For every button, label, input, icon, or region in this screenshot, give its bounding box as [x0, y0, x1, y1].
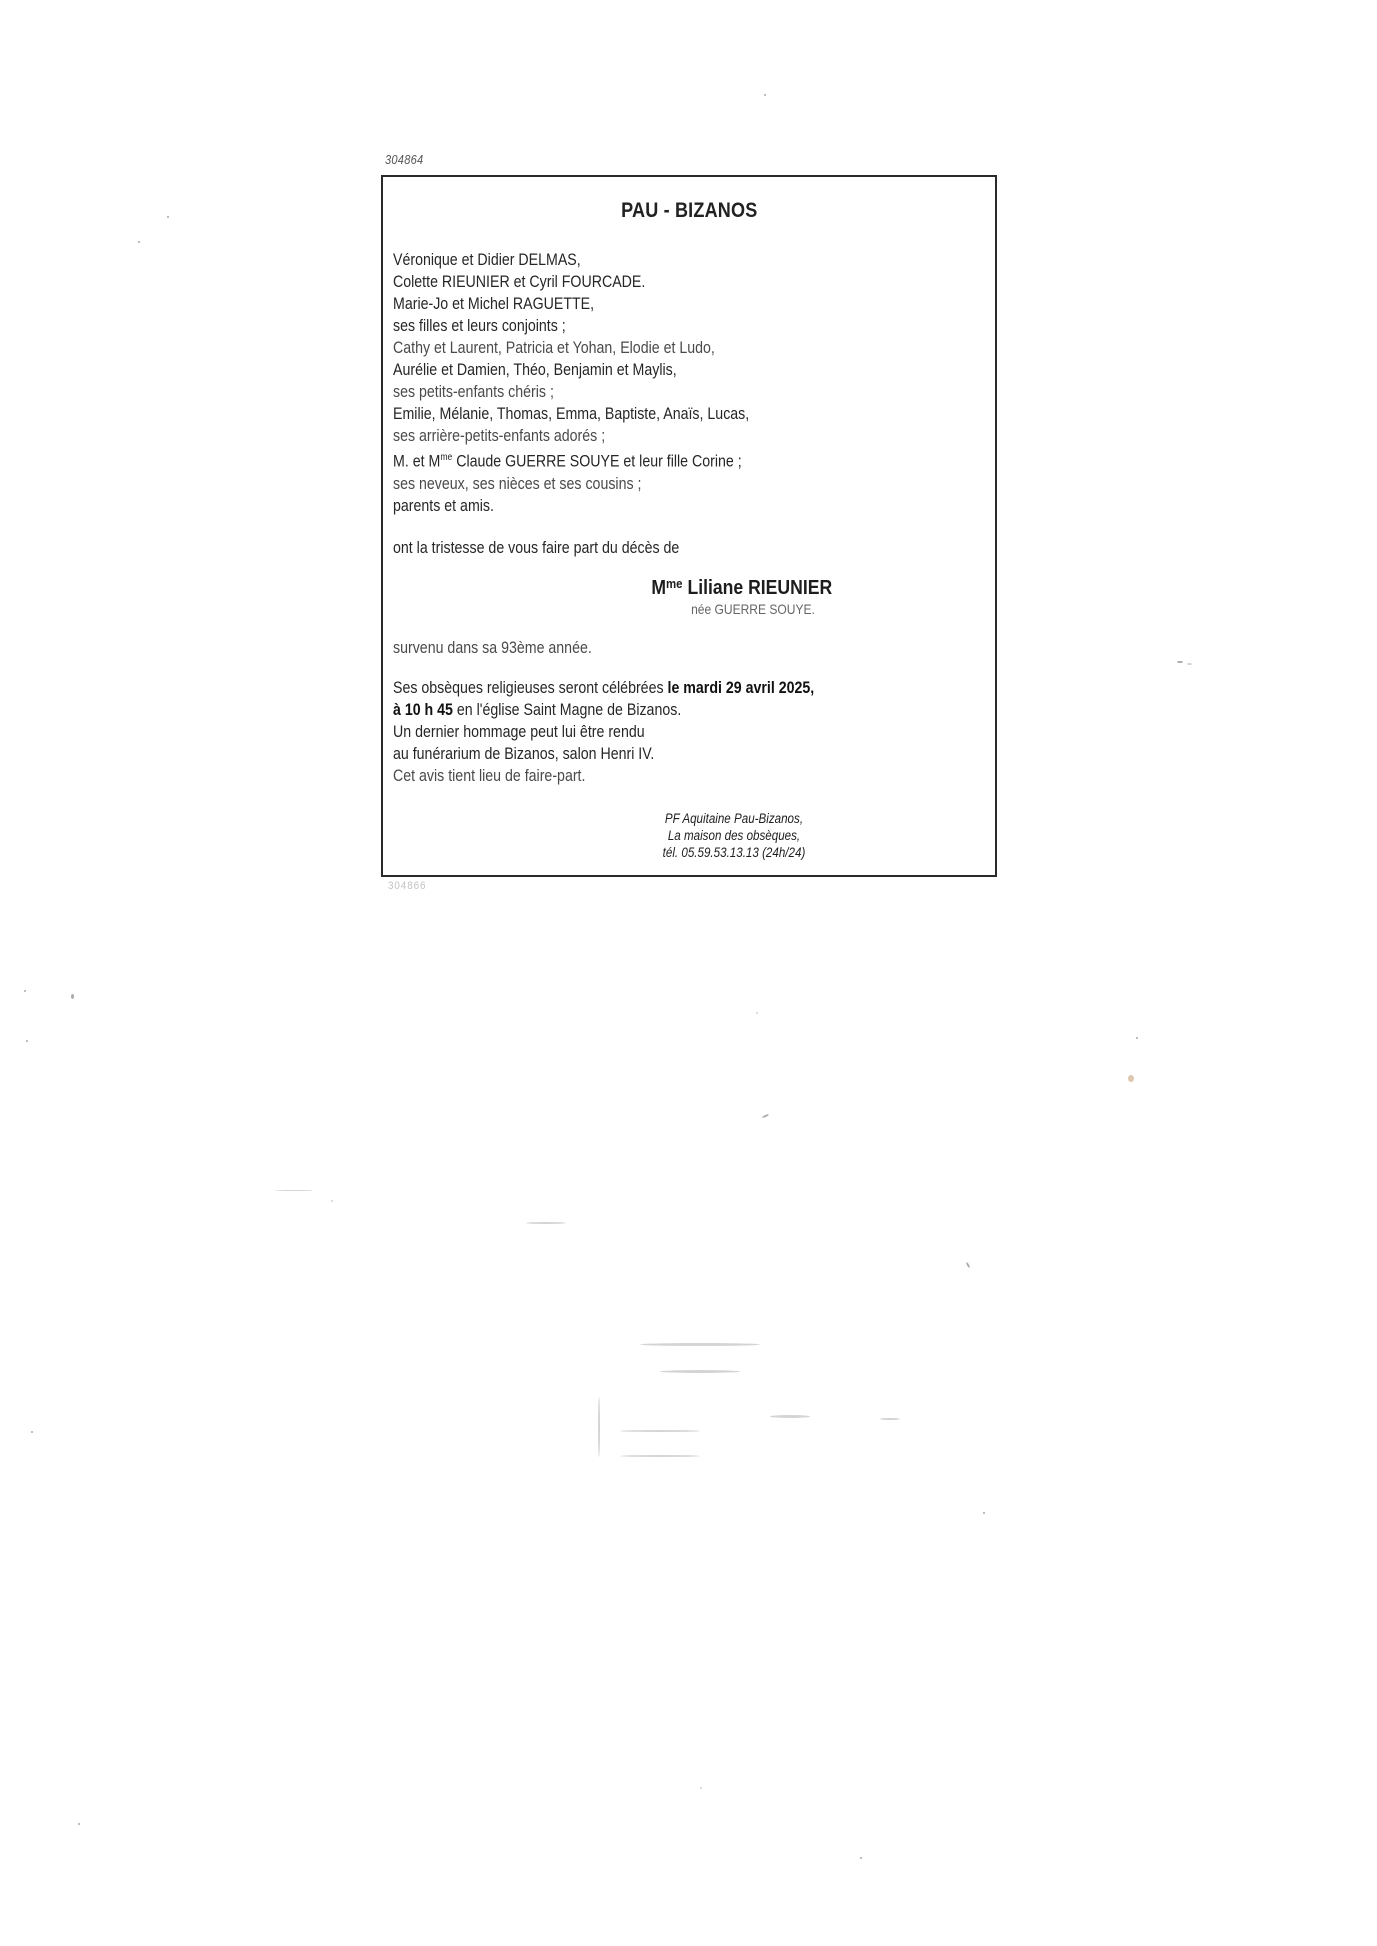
funeral-details: survenu dans sa 93ème année. Ses obsèque…	[393, 637, 1013, 787]
family-list: Véronique et Didier DELMAS, Colette RIEU…	[393, 249, 1013, 559]
reference-number-top: 304864	[385, 152, 423, 167]
obituary-notice: PAU - BIZANOS Véronique et Didier DELMAS…	[381, 175, 997, 877]
family-line: ses filles et leurs conjoints ;	[393, 315, 926, 337]
family-line: ses petits-enfants chéris ;	[393, 381, 926, 403]
family-line: Emilie, Mélanie, Thomas, Emma, Baptiste,…	[393, 403, 926, 425]
scan-speck	[770, 1415, 810, 1418]
family-line: Véronique et Didier DELMAS,	[393, 249, 926, 271]
scan-speck	[640, 1343, 760, 1346]
scan-speck	[331, 1200, 333, 1202]
scan-speck	[700, 1787, 702, 1789]
signature-line: La maison des obsèques,	[510, 827, 959, 844]
family-line: Aurélie et Damien, Théo, Benjamin et May…	[393, 359, 926, 381]
signature-line: tél. 05.59.53.13.13 (24h/24)	[510, 844, 959, 861]
location-title: PAU - BIZANOS	[383, 199, 995, 223]
scan-speck	[167, 216, 169, 218]
scan-speck	[762, 1114, 769, 1119]
scan-speck	[71, 994, 74, 999]
funeral-date-line: Ses obsèques religieuses seront célébrée…	[393, 677, 926, 699]
tribute-line: au funérarium de Bizanos, salon Henri IV…	[393, 743, 926, 765]
scan-speck	[26, 1040, 28, 1042]
scan-speck	[880, 1418, 900, 1420]
family-line: M. et Mme Claude GUERRE SOUYE et leur fi…	[393, 447, 926, 473]
scan-speck	[24, 990, 26, 992]
scan-speck	[78, 1823, 80, 1825]
family-line: parents et amis.	[393, 495, 926, 517]
scan-speck	[660, 1370, 740, 1373]
funeral-place-line: à 10 h 45 en l'église Saint Magne de Biz…	[393, 699, 926, 721]
funeral-home-signature: PF Aquitaine Pau-Bizanos, La maison des …	[383, 810, 995, 861]
scan-speck	[620, 1430, 700, 1432]
scan-speck	[526, 1222, 566, 1224]
family-line: ses neveux, ses nièces et ses cousins ;	[393, 473, 926, 495]
announcement-text: ont la tristesse de vous faire part du d…	[393, 537, 926, 559]
scan-speck	[1187, 663, 1192, 665]
scan-speck	[983, 1512, 985, 1514]
signature-line: PF Aquitaine Pau-Bizanos,	[510, 810, 959, 827]
reference-number-bottom: 304866	[388, 880, 426, 892]
age-line: survenu dans sa 93ème année.	[393, 637, 926, 659]
family-line: Colette RIEUNIER et Cyril FOURCADE.	[393, 271, 926, 293]
scan-speck	[1177, 661, 1183, 663]
scan-speck	[138, 241, 140, 243]
scan-speck	[860, 1857, 862, 1859]
deceased-block: Mme Liliane RIEUNIER née GUERRE SOUYE.	[383, 572, 995, 618]
scan-speck	[31, 1431, 33, 1433]
scan-speck	[275, 1190, 313, 1191]
scan-speck	[966, 1262, 971, 1268]
maiden-name: née GUERRE SOUYE.	[383, 600, 995, 618]
scan-speck	[598, 1397, 600, 1457]
tribute-line: Un dernier hommage peut lui être rendu	[393, 721, 926, 743]
scan-speck	[756, 1012, 758, 1014]
family-line: Cathy et Laurent, Patricia et Yohan, Elo…	[393, 337, 926, 359]
scan-speck	[1128, 1075, 1134, 1082]
scan-speck	[764, 94, 766, 96]
deceased-name: Mme Liliane RIEUNIER	[383, 572, 995, 600]
family-line: ses arrière-petits-enfants adorés ;	[393, 425, 926, 447]
scan-speck	[620, 1455, 700, 1457]
closing-line: Cet avis tient lieu de faire-part.	[393, 765, 926, 787]
scan-speck	[1136, 1037, 1138, 1039]
family-line: Marie-Jo et Michel RAGUETTE,	[393, 293, 926, 315]
